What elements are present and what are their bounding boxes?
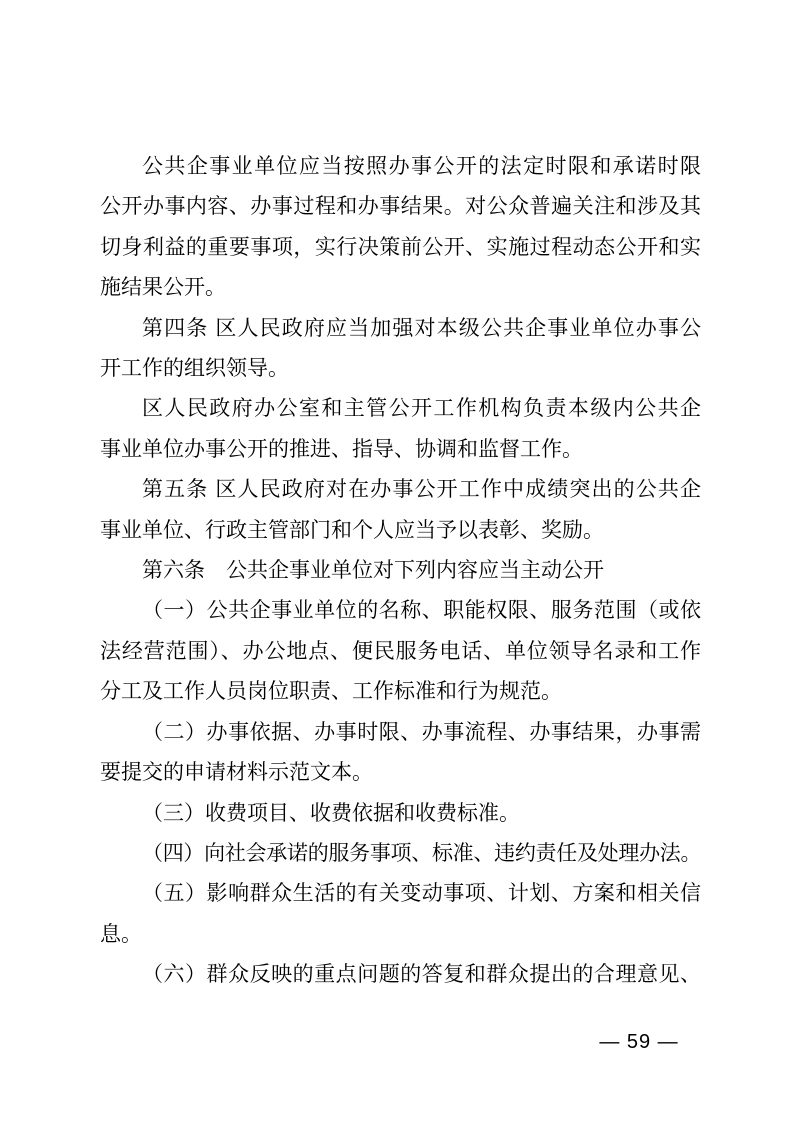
paragraph: （六）群众反映的重点问题的答复和群众提出的合理意见、 — [100, 955, 701, 995]
text-line: 公开办事内容、办事过程和办事结果。对公众普遍关注和涉及其 — [100, 187, 701, 227]
document-body: 公共企事业单位应当按照办事公开的法定时限和承诺时限公开办事内容、办事过程和办事结… — [100, 147, 701, 996]
paragraph: （四）向社会承诺的服务事项、标准、违约责任及处理办法。 — [100, 834, 701, 874]
text-line: 要提交的申请材料示范文本。 — [100, 753, 701, 793]
text-line: （五）影响群众生活的有关变动事项、计划、方案和相关信 — [100, 874, 701, 914]
text-line: 事业单位、行政主管部门和个人应当予以表彰、奖励。 — [100, 511, 701, 551]
text-line: 施结果公开。 — [100, 268, 701, 308]
text-line: 事业单位办事公开的推进、指导、协调和监督工作。 — [100, 430, 701, 470]
paragraph: 公共企事业单位应当按照办事公开的法定时限和承诺时限公开办事内容、办事过程和办事结… — [100, 147, 701, 309]
text-line: 息。 — [100, 915, 701, 955]
paragraph: （三）收费项目、收费依据和收费标准。 — [100, 794, 701, 834]
text-line: （四）向社会承诺的服务事项、标准、违约责任及处理办法。 — [100, 834, 701, 874]
text-line: 法经营范围）、办公地点、便民服务电话、单位领导名录和工作 — [100, 632, 701, 672]
text-line: 区人民政府办公室和主管公开工作机构负责本级内公共企 — [100, 389, 701, 429]
text-line: （三）收费项目、收费依据和收费标准。 — [100, 794, 701, 834]
paragraph: 第六条 公共企事业单位对下列内容应当主动公开 — [100, 551, 701, 591]
text-line: （一）公共企事业单位的名称、职能权限、服务范围（或依 — [100, 591, 701, 631]
paragraph: （五）影响群众生活的有关变动事项、计划、方案和相关信息。 — [100, 874, 701, 955]
paragraph: 区人民政府办公室和主管公开工作机构负责本级内公共企事业单位办事公开的推进、指导、… — [100, 389, 701, 470]
paragraph: （二）办事依据、办事时限、办事流程、办事结果，办事需要提交的申请材料示范文本。 — [100, 713, 701, 794]
text-line: 开工作的组织领导。 — [100, 349, 701, 389]
document-page: 公共企事业单位应当按照办事公开的法定时限和承诺时限公开办事内容、办事过程和办事结… — [0, 0, 793, 1122]
text-line: 第四条 区人民政府应当加强对本级公共企事业单位办事公 — [100, 309, 701, 349]
text-line: 第六条 公共企事业单位对下列内容应当主动公开 — [100, 551, 701, 591]
paragraph: 第五条 区人民政府对在办事公开工作中成绩突出的公共企事业单位、行政主管部门和个人… — [100, 470, 701, 551]
text-line: 分工及工作人员岗位职责、工作标准和行为规范。 — [100, 672, 701, 712]
text-line: （六）群众反映的重点问题的答复和群众提出的合理意见、 — [100, 955, 701, 995]
text-line: （二）办事依据、办事时限、办事流程、办事结果，办事需 — [100, 713, 701, 753]
text-line: 公共企事业单位应当按照办事公开的法定时限和承诺时限 — [100, 147, 701, 187]
text-line: 切身利益的重要事项，实行决策前公开、实施过程动态公开和实 — [100, 228, 701, 268]
text-line: 第五条 区人民政府对在办事公开工作中成绩突出的公共企 — [100, 470, 701, 510]
paragraph: 第四条 区人民政府应当加强对本级公共企事业单位办事公开工作的组织领导。 — [100, 309, 701, 390]
paragraph: （一）公共企事业单位的名称、职能权限、服务范围（或依法经营范围）、办公地点、便民… — [100, 591, 701, 712]
page-number: — 59 — — [564, 1029, 714, 1055]
